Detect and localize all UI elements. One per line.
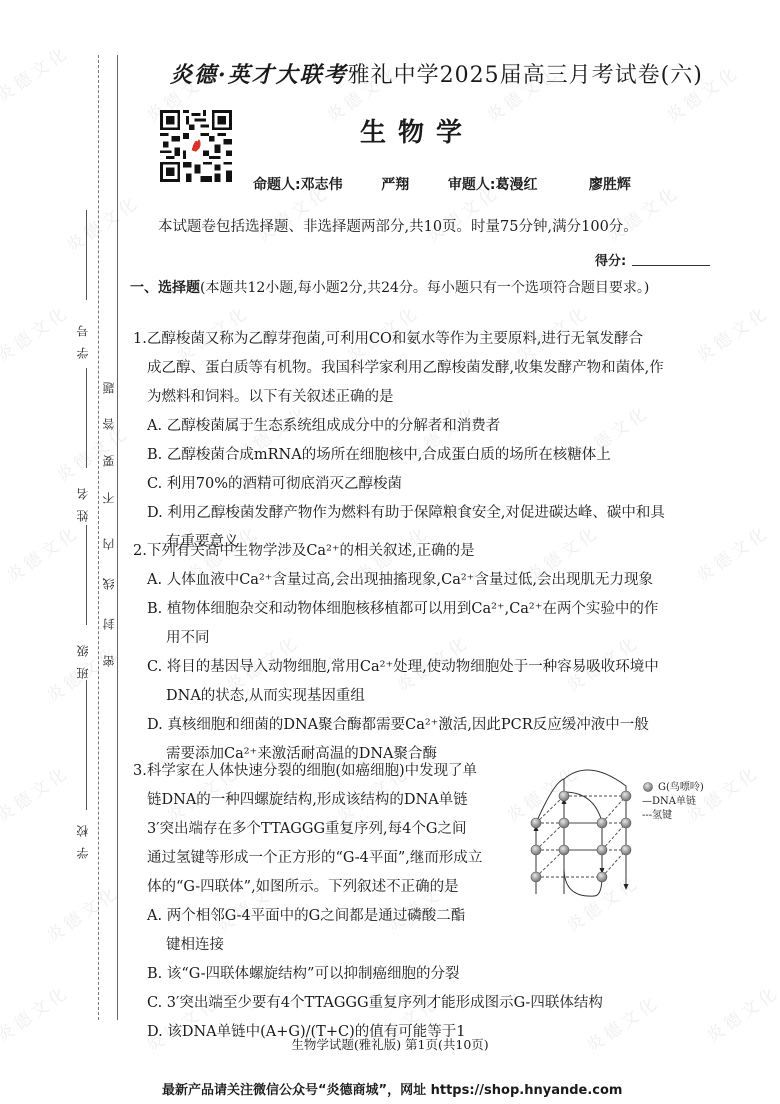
seal-notice-char: 要	[100, 455, 116, 467]
watermark: 炎德文化	[690, 518, 773, 587]
option-a[interactable]: A. 人体血液中Ca²⁺含量过高,会出现抽搐现象,Ca²⁺含量过低,会出现肌无力…	[133, 566, 659, 595]
score-field[interactable]	[632, 265, 710, 266]
student-id-line	[86, 210, 87, 300]
option-c[interactable]: C. 利用70%的酒精可彻底消灭乙醇梭菌	[133, 470, 665, 499]
exam-title: 炎德·英才大联考雅礼中学2025届高三月考试卷(六)	[170, 58, 670, 89]
seal-dotted-line	[98, 55, 99, 1020]
option-d[interactable]: D. 利用乙醇梭菌发酵产物作为燃料有助于保障粮食安全,对促进碳达峰、碳中和具	[133, 499, 665, 528]
watermark: 炎德文化	[690, 298, 773, 367]
margin-solid-line	[117, 55, 118, 1020]
exam-brand: 炎德·英才大联考	[170, 62, 348, 88]
subject-title: 生物学	[360, 112, 474, 149]
exam-authors: 命题人:邓志伟 严翔 审题人:葛漫红 廖胜辉	[253, 174, 631, 194]
seal-notice-char: 不	[100, 492, 116, 504]
legend-hydrogen-bond: ---氢键	[642, 806, 672, 821]
watermark: 炎德文化	[60, 188, 143, 257]
g-quadruplex-figure: G(鸟嘌呤) —DNA单链 ---氢键	[524, 768, 724, 898]
qr-code-icon	[160, 110, 232, 182]
watermark: 炎德文化	[40, 878, 123, 947]
option-a[interactable]: A. 乙醇梭菌属于生态系统组成成分中的分解者和消费者	[133, 412, 665, 441]
option-a[interactable]: A. 两个相邻G-4平面中的G之间都是通过磷酸二酯	[133, 902, 603, 931]
name-field-line	[86, 525, 87, 625]
option-b-continued: 用不同	[133, 624, 659, 653]
option-c-continued: DNA的状态,从而实现基因重组	[133, 682, 659, 711]
watermark: 炎德文化	[0, 38, 74, 107]
option-c[interactable]: C. 3′突出端至少要有4个TTAGGG重复序列才能形成图示G-四联体结构	[133, 989, 603, 1018]
student-id-label: 学号	[74, 315, 91, 359]
question-stem-line: 1.乙醇梭菌又称为乙醇芽孢菌,可利用CO和氨水等作为主要原料,进行无氧发酵合	[133, 325, 665, 354]
class-label: 班级	[74, 635, 91, 679]
option-a-continued: 键相连接	[133, 931, 603, 960]
legend-dna-strand: —DNA单链	[642, 792, 696, 807]
section-header: 一、选择题(本题共12小题,每小题2分,共24分。每小题只有一个选项符合题目要求…	[130, 276, 746, 300]
option-b[interactable]: B. 植物体细胞杂交和动物体细胞核移植都可以用到Ca²⁺,Ca²⁺在两个实验中的…	[133, 595, 659, 624]
seal-notice-char: 密	[100, 655, 116, 667]
option-b[interactable]: B. 该“G-四联体螺旋结构”可以抑制癌细胞的分裂	[133, 960, 603, 989]
section-description: (本题共12小题,每小题2分,共24分。每小题只有一个选项符合题目要求。)	[200, 280, 649, 296]
score-label: 得分:	[595, 250, 626, 269]
class-field-line	[86, 680, 87, 810]
seal-notice-char: 封	[100, 618, 116, 630]
student-id-field-line	[86, 368, 87, 468]
option-b[interactable]: B. 乙醇梭菌合成mRNA的场所在细胞核中,合成蛋白质的场所在核糖体上	[133, 441, 665, 470]
seal-notice-char: 答	[100, 418, 116, 430]
legend-guanine: G(鸟嘌呤)	[658, 778, 704, 793]
question-2: 2.下列有关高中生物学涉及Ca²⁺的相关叙述,正确的是 A. 人体血液中Ca²⁺…	[133, 537, 659, 769]
seal-notice-char: 题	[100, 382, 116, 394]
question-stem-line: 2.下列有关高中生物学涉及Ca²⁺的相关叙述,正确的是	[133, 537, 659, 566]
option-d[interactable]: D. 真核细胞和细菌的DNA聚合酶都需要Ca²⁺激活,因此PCR反应缓冲液中一般	[133, 711, 659, 740]
name-label: 姓名	[74, 478, 91, 522]
question-stem-line: 为燃料和饲料。以下有关叙述正确的是	[133, 383, 665, 412]
watermark: 炎德文化	[50, 418, 133, 487]
exam-instructions: 本试题卷包括选择题、非选择题两部分,共10页。时量75分钟,满分100分。	[158, 215, 638, 236]
seal-notice-char: 内	[100, 538, 116, 550]
section-title: 一、选择题	[130, 280, 200, 296]
watermark: 炎德文化	[0, 518, 83, 587]
question-1: 1.乙醇梭菌又称为乙醇芽孢菌,可利用CO和氨水等作为主要原料,进行无氧发酵合 成…	[133, 325, 665, 557]
option-c[interactable]: C. 将目的基因导入动物细胞,常用Ca²⁺处理,使动物细胞处于一种容易吸收环境中	[133, 653, 659, 682]
question-stem-line: 成乙醇、蛋白质等有机物。我国科学家利用乙醇梭菌发酵,收集发酵产物和菌体,作	[133, 354, 665, 383]
page-footer: 生物学试题(雅礼版) 第1页(共10页)	[0, 1035, 780, 1053]
exam-title-text: 雅礼中学2025届高三月考试卷(六)	[348, 63, 703, 88]
seal-notice-char: 线	[100, 578, 116, 590]
watermark: 炎德文化	[0, 758, 74, 827]
school-label: 学校	[74, 815, 91, 859]
watermark: 炎德文化	[0, 298, 74, 367]
promo-banner: 最新产品请关注微信公众号“炎德商城”，网址 https://shop.hnyan…	[162, 1079, 622, 1098]
